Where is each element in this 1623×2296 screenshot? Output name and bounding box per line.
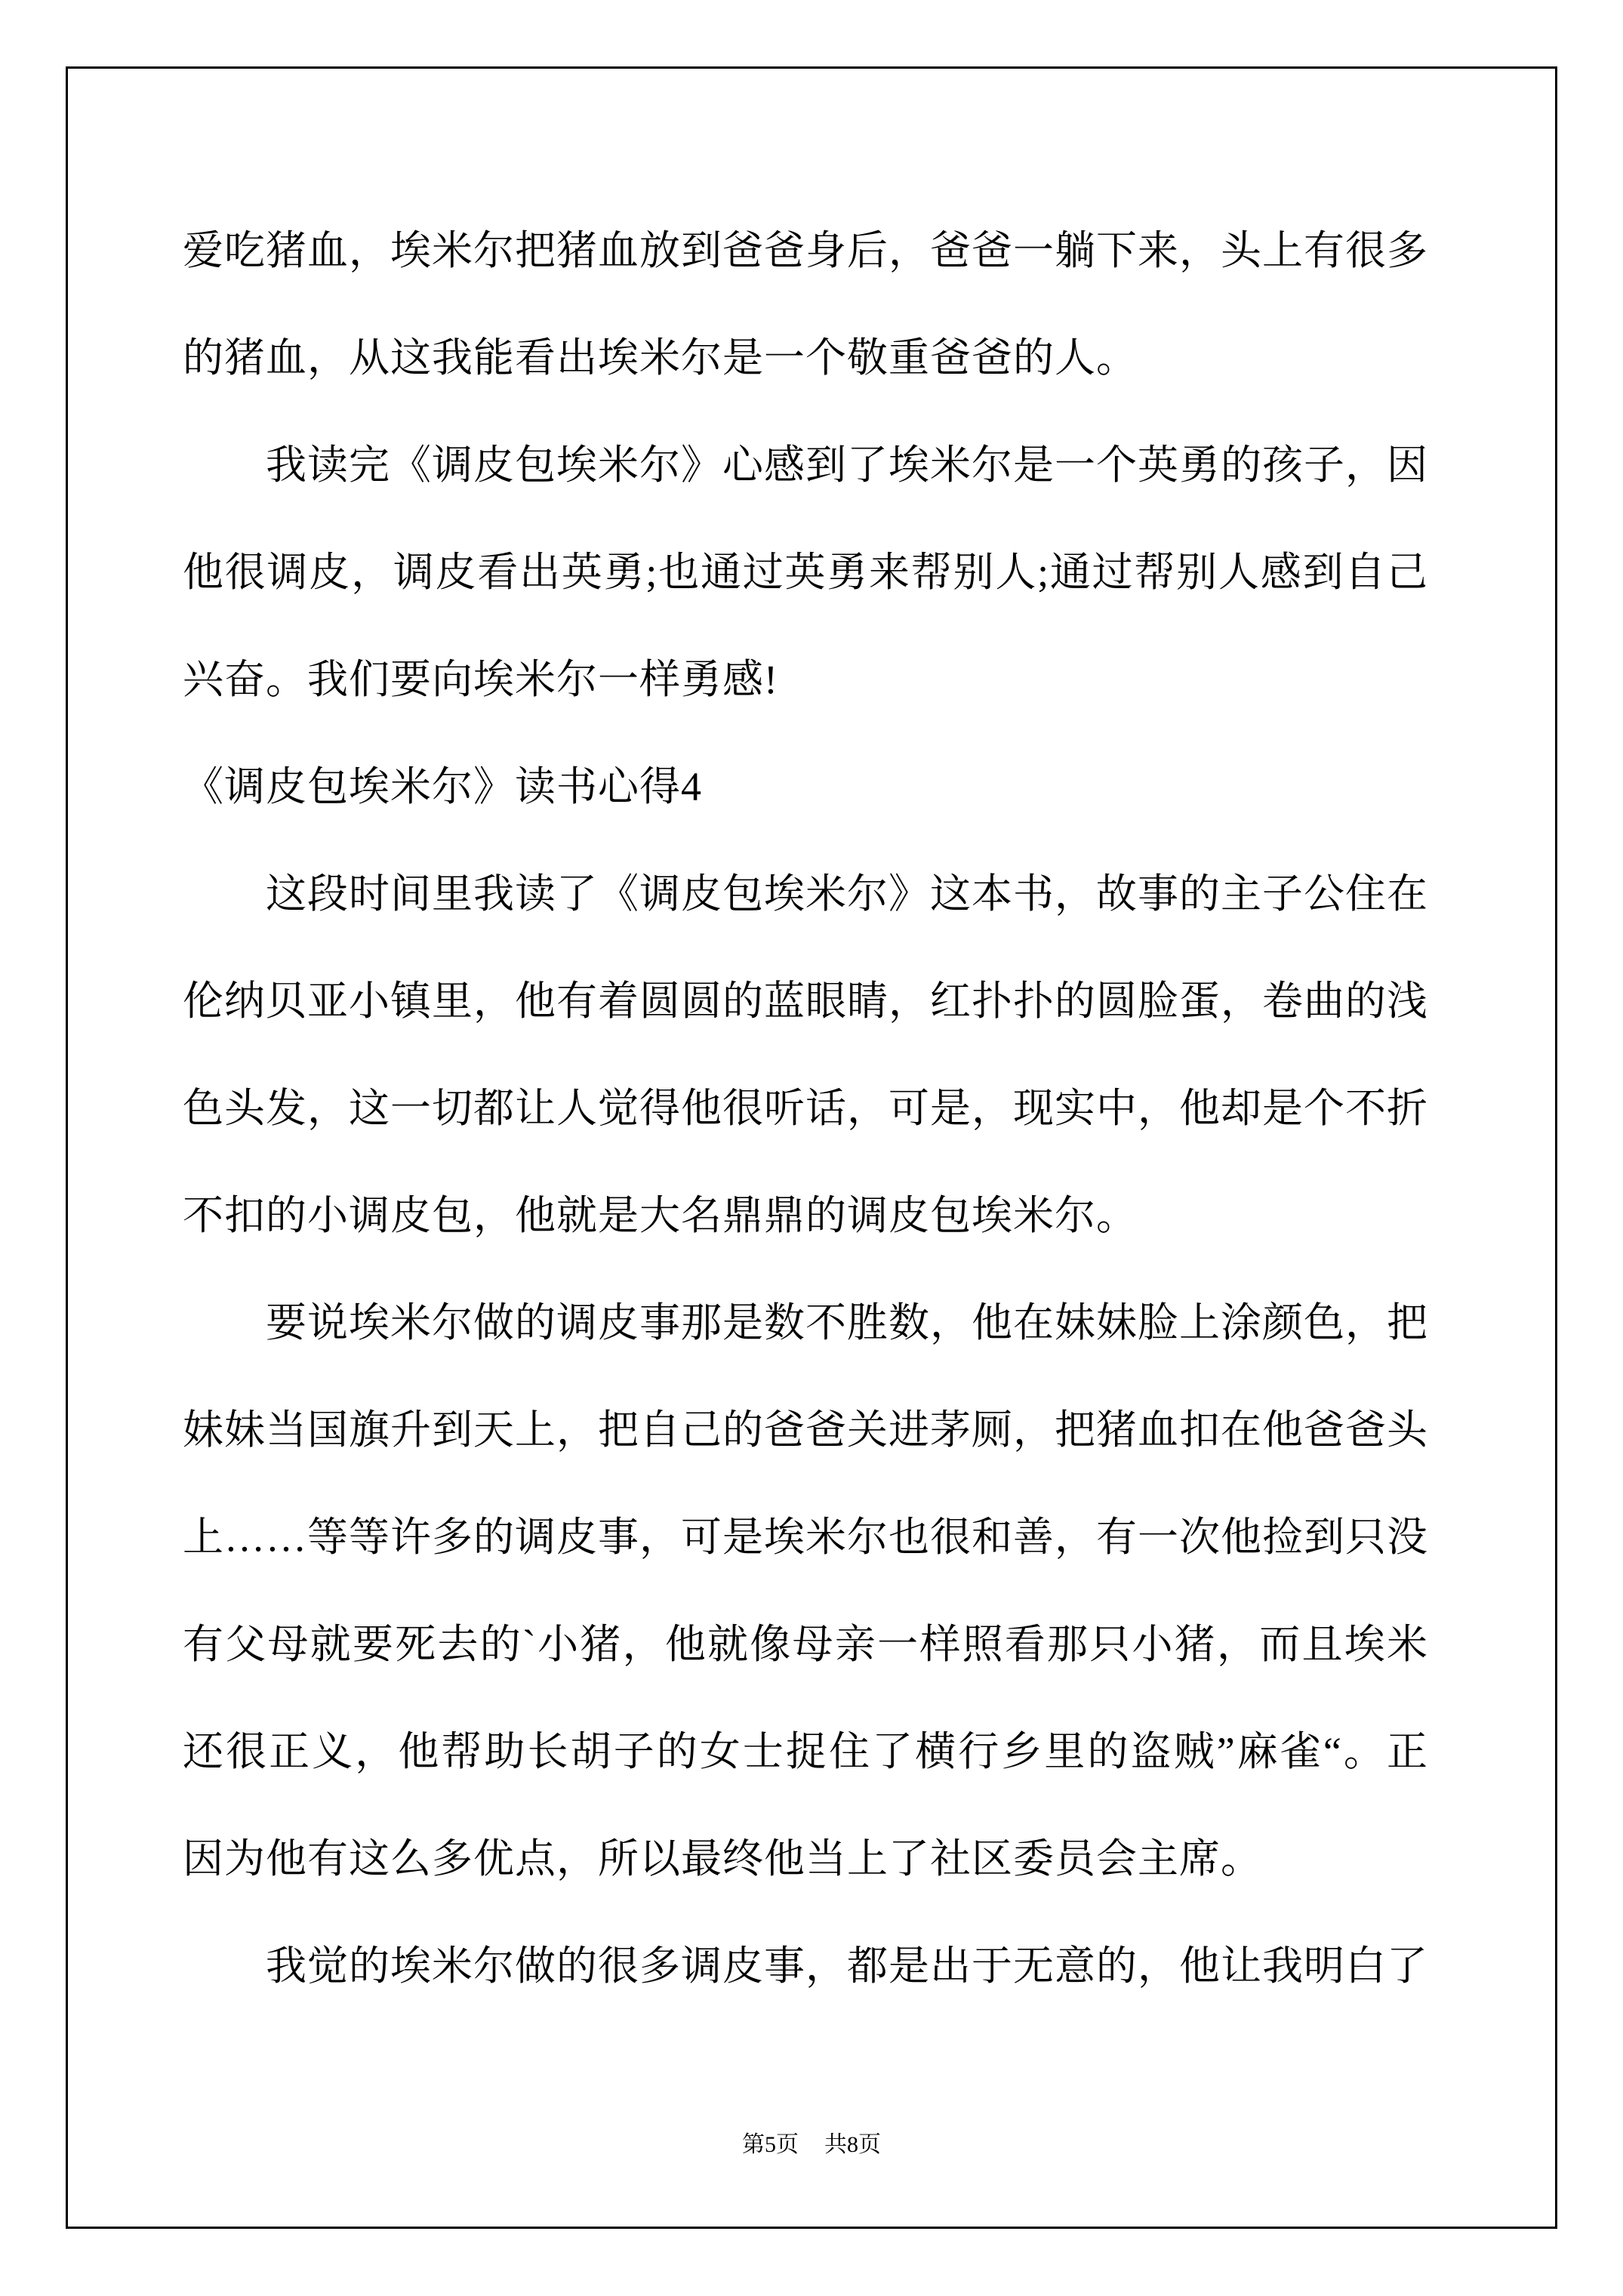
page-footer: 第5页共8页: [68, 2131, 1555, 2159]
text-line: 色头发，这一切都让人觉得他很听话，可是，现实中，他却是个不折: [183, 1055, 1428, 1162]
text-line: 他很调皮，调皮看出英勇;也通过英勇来帮别人;通过帮别人感到自己: [183, 519, 1428, 626]
page-number-current: 第5页: [742, 2132, 799, 2157]
text-line: 的猪血，从这我能看出埃米尔是一个敬重爸爸的人。: [183, 304, 1428, 411]
document-body: 爱吃猪血，埃米尔把猪血放到爸爸身后，爸爸一躺下来，头上有很多的猪血，从这我能看出…: [183, 197, 1428, 2020]
text-line: 因为他有这么多优点，所以最终他当上了社区委员会主席。: [183, 1805, 1428, 1912]
text-line: 这段时间里我读了《调皮包埃米尔》这本书，故事的主子公住在: [183, 840, 1428, 948]
text-line: 有父母就要死去的`小猪，他就像母亲一样照看那只小猪，而且埃米尔: [183, 1591, 1428, 1698]
text-line: 还很正义，他帮助长胡子的女士捉住了横行乡里的盗贼”麻雀“。正: [183, 1698, 1428, 1805]
text-line: 兴奋。我们要向埃米尔一样勇感!: [183, 626, 1428, 733]
text-line: 妹妹当国旗升到天上，把自己的爸爸关进茅厕，把猪血扣在他爸爸头: [183, 1376, 1428, 1484]
text-line: 我觉的埃米尔做的很多调皮事，都是出于无意的，他让我明白了: [183, 1912, 1428, 2020]
text-line: 要说埃米尔做的调皮事那是数不胜数，他在妹妹脸上涂颜色，把: [183, 1269, 1428, 1376]
page-number-total: 共8页: [824, 2132, 881, 2157]
text-line: 爱吃猪血，埃米尔把猪血放到爸爸身后，爸爸一躺下来，头上有很多: [183, 197, 1428, 304]
section-heading: 《调皮包埃米尔》读书心得4: [183, 733, 1428, 840]
text-line: 伦纳贝亚小镇里，他有着圆圆的蓝眼睛，红扑扑的圆脸蛋，卷曲的浅: [183, 948, 1428, 1055]
text-line: 不扣的小调皮包，他就是大名鼎鼎的调皮包埃米尔。: [183, 1162, 1428, 1269]
page-border-frame: 爱吃猪血，埃米尔把猪血放到爸爸身后，爸爸一躺下来，头上有很多的猪血，从这我能看出…: [66, 66, 1557, 2229]
document-viewport: { "page": { "background_color": "#ffffff…: [0, 0, 1623, 2296]
text-line: 上……等等许多的调皮事，可是埃米尔也很和善，有一次他捡到只没: [183, 1484, 1428, 1591]
text-line: 我读完《调皮包埃米尔》心感到了埃米尔是一个英勇的孩子，因: [183, 411, 1428, 519]
